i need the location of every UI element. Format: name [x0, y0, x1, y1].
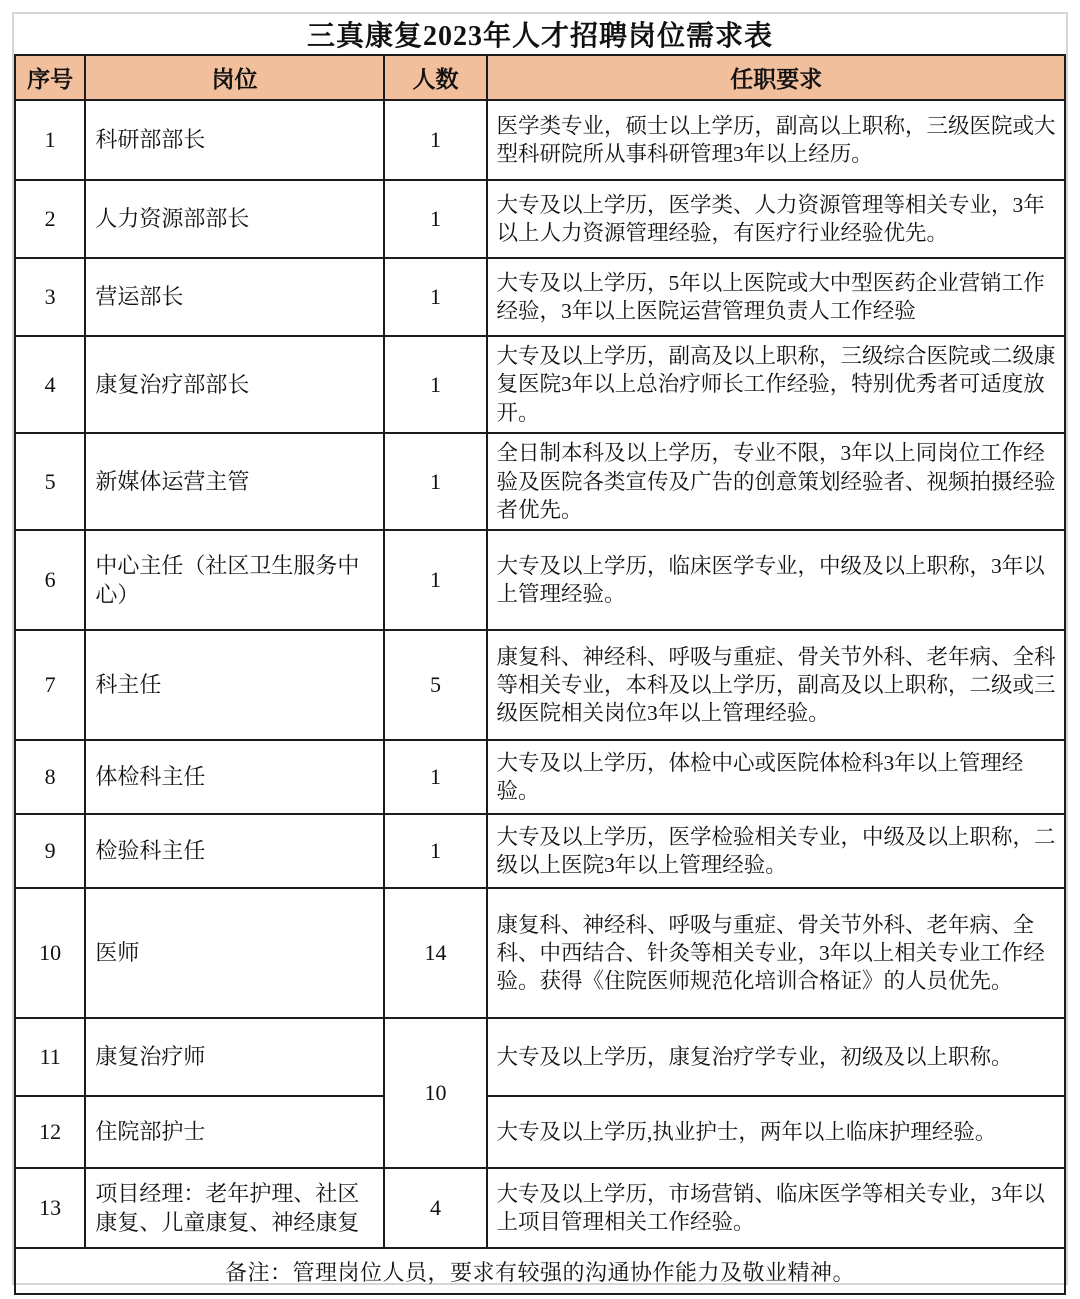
requirements-cell: 全日制本科及以上学历，专业不限，3年以上同岗位工作经验及医院各类宣传及广告的创意…	[487, 433, 1065, 530]
count-cell: 4	[384, 1168, 488, 1248]
page: 三真康复2023年人才招聘岗位需求表 序号 岗位 人数 任职要求 1 科研部部长…	[0, 0, 1080, 1299]
position-cell: 科研部部长	[85, 100, 383, 180]
row-number-cell: 6	[15, 530, 85, 630]
position-cell: 检验科主任	[85, 814, 383, 888]
count-cell: 5	[384, 630, 488, 740]
requirements-cell: 大专及以上学历，临床医学专业，中级及以上职称，3年以上管理经验。	[487, 530, 1065, 630]
table-row: 7 科主任 5 康复科、神经科、呼吸与重症、骨关节外科、老年病、全科等相关专业，…	[15, 630, 1065, 740]
requirements-cell: 大专及以上学历，医学检验相关专业，中级及以上职称，二级以上医院3年以上管理经验。	[487, 814, 1065, 888]
requirements-cell: 大专及以上学历，市场营销、临床医学等相关专业，3年以上项目管理相关工作经验。	[487, 1168, 1065, 1248]
table-row: 8 体检科主任 1 大专及以上学历，体检中心或医院体检科3年以上管理经验。	[15, 740, 1065, 814]
table-row: 3 营运部长 1 大专及以上学历，5年以上医院或大中型医药企业营销工作经验，3年…	[15, 258, 1065, 336]
position-cell: 新媒体运营主管	[85, 433, 383, 530]
column-header-no: 序号	[15, 55, 85, 100]
position-cell: 康复治疗师	[85, 1018, 383, 1096]
header-row: 序号 岗位 人数 任职要求	[15, 55, 1065, 100]
position-cell: 项目经理：老年护理、社区康复、儿童康复、神经康复	[85, 1168, 383, 1248]
requirements-cell: 大专及以上学历,执业护士，两年以上临床护理经验。	[487, 1096, 1065, 1168]
row-number-cell: 12	[15, 1096, 85, 1168]
position-cell: 科主任	[85, 630, 383, 740]
row-number-cell: 2	[15, 180, 85, 258]
count-cell: 1	[384, 530, 488, 630]
count-cell: 1	[384, 740, 488, 814]
count-cell: 14	[384, 888, 488, 1018]
row-number-cell: 7	[15, 630, 85, 740]
requirements-cell: 康复科、神经科、呼吸与重症、骨关节外科、老年病、全科、中西结合、针灸等相关专业，…	[487, 888, 1065, 1018]
table-row: 4 康复治疗部部长 1 大专及以上学历，副高及以上职称，三级综合医院或二级康复医…	[15, 336, 1065, 433]
requirements-cell: 大专及以上学历，康复治疗学专业，初级及以上职称。	[487, 1018, 1065, 1096]
count-cell: 1	[384, 180, 488, 258]
position-cell: 中心主任（社区卫生服务中心）	[85, 530, 383, 630]
count-cell: 1	[384, 336, 488, 433]
table-row: 13 项目经理：老年护理、社区康复、儿童康复、神经康复 4 大专及以上学历，市场…	[15, 1168, 1065, 1248]
requirements-cell: 大专及以上学历，5年以上医院或大中型医药企业营销工作经验，3年以上医院运营管理负…	[487, 258, 1065, 336]
position-cell: 住院部护士	[85, 1096, 383, 1168]
row-number-cell: 3	[15, 258, 85, 336]
recruitment-table: 序号 岗位 人数 任职要求 1 科研部部长 1 医学类专业，硕士以上学历，副高以…	[14, 54, 1066, 1295]
table-row: 12 住院部护士 大专及以上学历,执业护士，两年以上临床护理经验。	[15, 1096, 1065, 1168]
row-number-cell: 11	[15, 1018, 85, 1096]
column-header-position: 岗位	[85, 55, 383, 100]
position-cell: 医师	[85, 888, 383, 1018]
table-row: 10 医师 14 康复科、神经科、呼吸与重症、骨关节外科、老年病、全科、中西结合…	[15, 888, 1065, 1018]
count-cell: 1	[384, 258, 488, 336]
row-number-cell: 13	[15, 1168, 85, 1248]
position-cell: 康复治疗部部长	[85, 336, 383, 433]
position-cell: 营运部长	[85, 258, 383, 336]
requirements-cell: 医学类专业，硕士以上学历，副高以上职称，三级医院或大型科研院所从事科研管理3年以…	[487, 100, 1065, 180]
table-row: 2 人力资源部部长 1 大专及以上学历，医学类、人力资源管理等相关专业，3年以上…	[15, 180, 1065, 258]
row-number-cell: 9	[15, 814, 85, 888]
count-cell: 1	[384, 100, 488, 180]
table-row: 9 检验科主任 1 大专及以上学历，医学检验相关专业，中级及以上职称，二级以上医…	[15, 814, 1065, 888]
row-number-cell: 5	[15, 433, 85, 530]
count-cell-merged: 10	[384, 1018, 488, 1168]
table-row: 5 新媒体运营主管 1 全日制本科及以上学历，专业不限，3年以上同岗位工作经验及…	[15, 433, 1065, 530]
page-title: 三真康复2023年人才招聘岗位需求表	[14, 14, 1066, 54]
count-cell: 1	[384, 433, 488, 530]
requirements-cell: 大专及以上学历，医学类、人力资源管理等相关专业，3年以上人力资源管理经验，有医疗…	[487, 180, 1065, 258]
column-header-requirements: 任职要求	[487, 55, 1065, 100]
row-number-cell: 10	[15, 888, 85, 1018]
position-cell: 体检科主任	[85, 740, 383, 814]
row-number-cell: 1	[15, 100, 85, 180]
column-header-count: 人数	[384, 55, 488, 100]
note-row: 备注：管理岗位人员，要求有较强的沟通协作能力及敬业精神。	[15, 1248, 1065, 1294]
table-row: 6 中心主任（社区卫生服务中心） 1 大专及以上学历，临床医学专业，中级及以上职…	[15, 530, 1065, 630]
table-row: 11 康复治疗师 10 大专及以上学历，康复治疗学专业，初级及以上职称。	[15, 1018, 1065, 1096]
row-number-cell: 8	[15, 740, 85, 814]
recruitment-table-sheet: 三真康复2023年人才招聘岗位需求表 序号 岗位 人数 任职要求 1 科研部部长…	[12, 12, 1068, 1285]
requirements-cell: 康复科、神经科、呼吸与重症、骨关节外科、老年病、全科等相关专业，本科及以上学历，…	[487, 630, 1065, 740]
row-number-cell: 4	[15, 336, 85, 433]
requirements-cell: 大专及以上学历，副高及以上职称，三级综合医院或二级康复医院3年以上总治疗师长工作…	[487, 336, 1065, 433]
table-row: 1 科研部部长 1 医学类专业，硕士以上学历，副高以上职称，三级医院或大型科研院…	[15, 100, 1065, 180]
count-cell: 1	[384, 814, 488, 888]
requirements-cell: 大专及以上学历，体检中心或医院体检科3年以上管理经验。	[487, 740, 1065, 814]
note-text: 备注：管理岗位人员，要求有较强的沟通协作能力及敬业精神。	[15, 1248, 1065, 1294]
position-cell: 人力资源部部长	[85, 180, 383, 258]
